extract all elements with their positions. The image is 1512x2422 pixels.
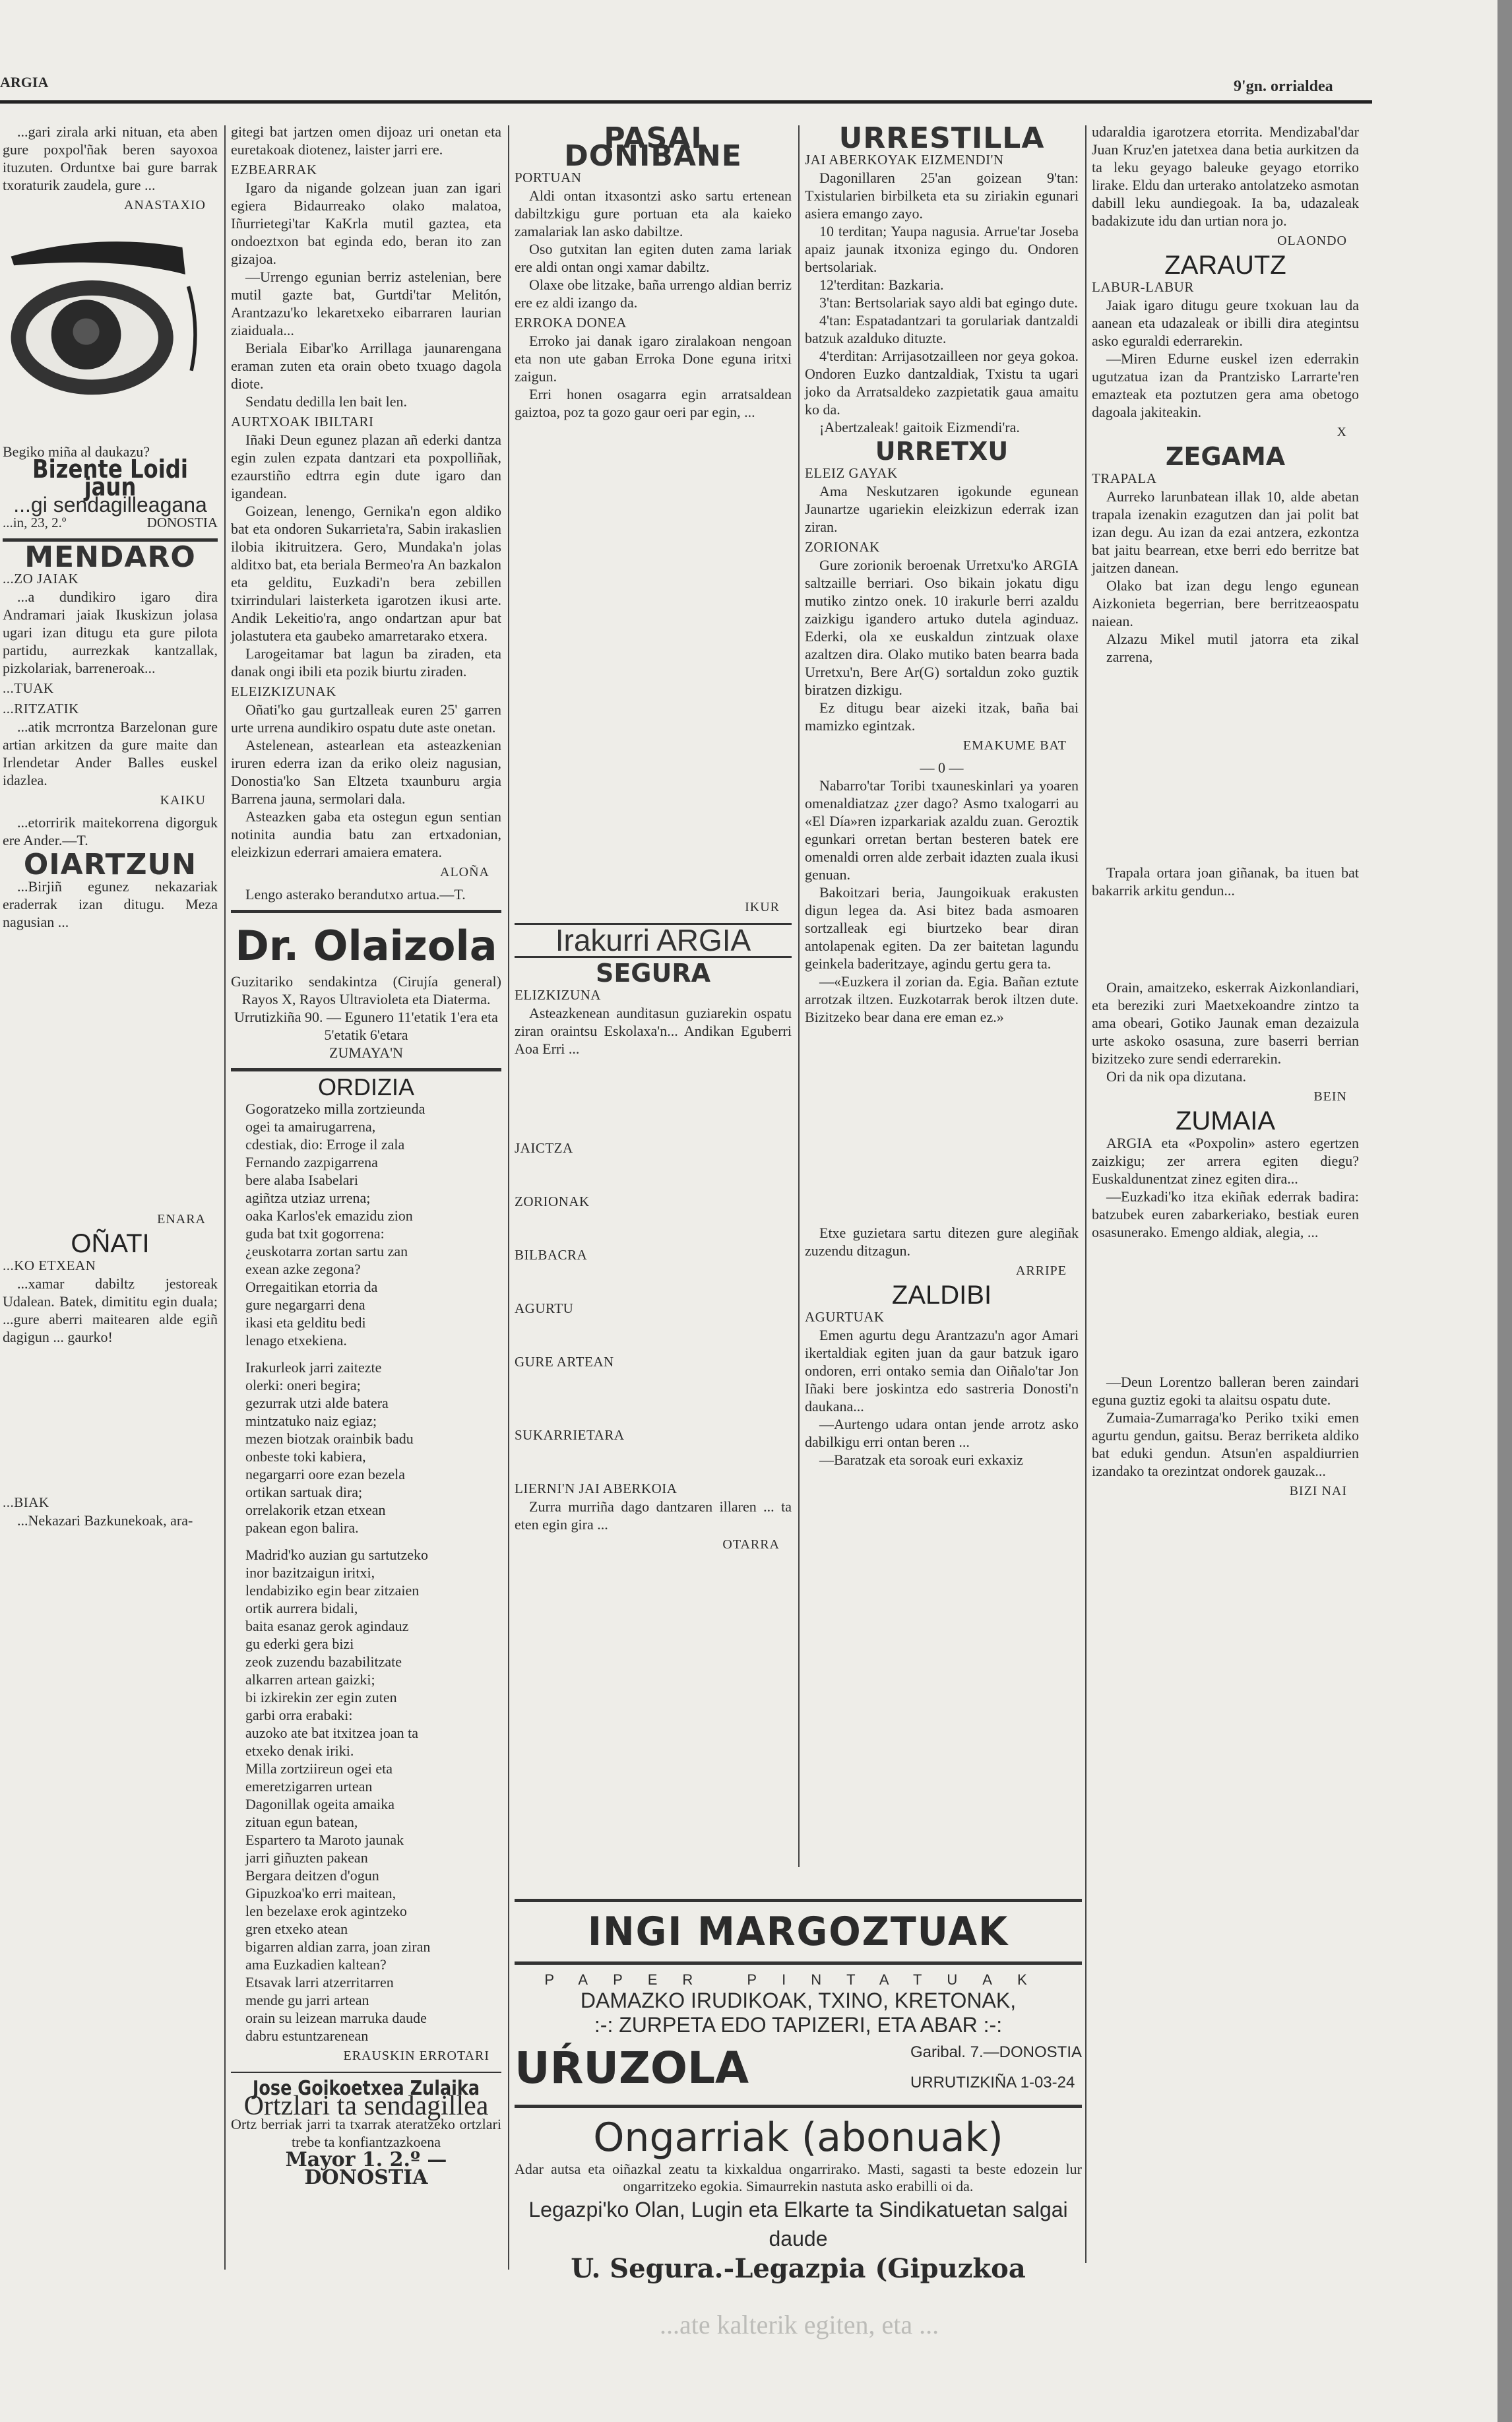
heading-zarautz: ZARAUTZ	[1092, 257, 1359, 274]
bleed-through-text: ...ate kalterik egiten, eta ...	[660, 2309, 939, 2340]
article-text: Gure zorionik beroenak Urretxu'ko ARGIA …	[805, 556, 1079, 699]
column-divider	[1085, 125, 1087, 2263]
olaizola-ad: Dr. Olaizola Guzitariko sendakintza (Cir…	[231, 920, 501, 1062]
subheading: SUKARRIETARA	[515, 1426, 792, 1444]
fertilizer-ad-text: Adar autsa eta oiñazkal zeatu ta kixkald…	[515, 2161, 1082, 2195]
poem-line: emeretzigarren urtean	[231, 1777, 501, 1795]
article-text: Ama Neskutzaren igokunde egunean Jaunart…	[805, 482, 1079, 536]
article-text: Ori da nik opa dizutana.	[1092, 1068, 1359, 1085]
poem-line: negargarri oore ezan bezela	[231, 1465, 501, 1483]
fertilizer-ad-line: Legazpi'ko Olan, Lugin eta Elkarte ta Si…	[515, 2195, 1082, 2253]
poem-line: gren etxeko atean	[231, 1920, 501, 1938]
article-text: 4'terditan: Arrijasotzailleen nor geya g…	[805, 347, 1079, 418]
poem-line: Fernando zazpigarrena	[231, 1153, 501, 1171]
poem-line: gezurrak utzi alde batera	[231, 1394, 501, 1412]
poem-line: gu ederki gera bizi	[231, 1635, 501, 1653]
article-text-filler	[515, 1318, 792, 1351]
dentist-text: Ortz berriak jarri ta txarrak ateratzeko…	[231, 2115, 501, 2151]
article-text-filler	[515, 1058, 792, 1137]
article-text: Etxe guzietara sartu ditezen gure alegiñ…	[805, 1224, 1079, 1259]
wallpaper-ad-address: Garibal. 7.—DONOSTIA	[910, 2037, 1082, 2068]
article-text: Jaiak igaro ditugu geure txokuan lau da …	[1092, 296, 1359, 350]
article-text-filler	[515, 1264, 792, 1297]
poem-line: alkarren artean gaizki;	[231, 1671, 501, 1688]
divider	[231, 910, 501, 913]
article-text: udaraldia igarotzera etorrita. Mendizaba…	[1092, 123, 1359, 230]
poem-line: mezen biotzak orainbik badu	[231, 1430, 501, 1448]
article-text: Igaro da nigande golzean juan zan igari …	[231, 179, 501, 268]
poem-line: baita esanaz gerok agindauz	[231, 1617, 501, 1635]
subheading: ZORIONAK	[515, 1193, 792, 1211]
poem-line: Espartero ta Maroto jaunak	[231, 1831, 501, 1849]
fertilizer-ad: Ongarriak (abonuak) Adar autsa eta oiñaz…	[515, 2115, 1082, 2284]
poem-line: ikasi eta gelditu bedi	[231, 1314, 501, 1331]
poem-line: zituan egun batean,	[231, 1813, 501, 1831]
article-text: —Miren Edurne euskel izen ederrakin ugut…	[1092, 350, 1359, 421]
poem-line: zeok zuzendu bazabilitzate	[231, 1653, 501, 1671]
article-text-filler	[515, 1444, 792, 1477]
poem-line: pakean egon balira.	[231, 1519, 501, 1537]
poem-line: olerki: oneri begira;	[231, 1376, 501, 1394]
subheading: ELIZKIZUNA	[515, 986, 792, 1004]
poem-line: bigarren aldian zarra, joan ziran	[231, 1938, 501, 1956]
eye-ad-name: Bizente Loidi jaun	[18, 461, 201, 496]
poem-line: Dagonillak ogeita amaika	[231, 1795, 501, 1813]
fertilizer-ad-footer: U. Segura.-Legazpia (Gipuzkoa	[515, 2253, 1082, 2284]
heading-zegama: ZEGAMA	[1092, 448, 1359, 466]
article-text: Aurreko larunbatean illak 10, alde abeta…	[1092, 488, 1359, 577]
article-text: Alzazu Mikel mutil jatorra eta zikal zar…	[1092, 630, 1359, 666]
article-text: —«Euzkera il zorian da. Egia. Bañan eztu…	[805, 972, 1079, 1026]
heading-urretxu: URRETXU	[805, 443, 1079, 461]
article-text: gitegi bat jartzen omen dijoaz uri oneta…	[231, 123, 501, 158]
article-text: ...xamar dabiltz jestoreak Udalean. Bate…	[3, 1275, 218, 1346]
signature: ENARA	[3, 1211, 206, 1228]
subheading: AURTXOAK IBILTARI	[231, 413, 501, 431]
signature: X	[1092, 424, 1347, 441]
signature: KAIKU	[3, 792, 206, 810]
poem-line: gure negargarri dena	[231, 1296, 501, 1314]
subheading: ELEIZ GAYAK	[805, 464, 1079, 482]
poem-line: mintzatuko naiz egiaz;	[231, 1412, 501, 1430]
poem-line: exean azke zegona?	[231, 1260, 501, 1278]
eye-illustration-icon	[8, 220, 212, 437]
article-text: Aldi ontan itxasontzi asko sartu ertenea…	[515, 187, 792, 240]
article-text: Lengo asterako berandutxo artua.—T.	[231, 885, 501, 903]
signature: IKUR	[515, 899, 780, 916]
article-text: ARGIA eta «Poxpolin» astero egertzen zai…	[1092, 1134, 1359, 1188]
column-divider	[798, 125, 800, 1867]
article-text-filler	[1092, 666, 1359, 864]
subheading: LIERNI'N JAI ABERKOIA	[515, 1480, 792, 1498]
column-4: URRESTILLA JAI ABERKOYAK EIZMENDI'N Dago…	[805, 123, 1079, 1469]
poem-line: jarri giñuzten pakean	[231, 1849, 501, 1866]
article-text: ...gari zirala arki nituan, eta aben gur…	[3, 123, 218, 194]
article-text: Goizean, lenengo, Gernika'n egon aldiko …	[231, 502, 501, 645]
poem-line: guda bat txit gogorrena:	[231, 1225, 501, 1242]
newspaper-page: ARGIA 9'gn. orrialdea ...gari zirala ark…	[0, 0, 1512, 2422]
article-text-filler	[1092, 1241, 1359, 1373]
article-text: ¡Abertzaleak! gaitoik Eizmendi'ra.	[805, 418, 1079, 436]
wallpaper-ad-title: INGI MARGOZTUAK	[529, 1909, 1068, 1955]
poem-line: dabru estuntzarenean	[231, 2027, 501, 2045]
poem-line: Irakurleok jarri zaitezte	[231, 1358, 501, 1376]
article-text: —Euzkadi'ko itza ekiñak ederrak badira: …	[1092, 1188, 1359, 1241]
column-divider	[224, 125, 226, 2270]
signature: EMAKUME BAT	[805, 737, 1067, 755]
article-text: Nabarro'tar Toribi txauneskinlari ya yoa…	[805, 777, 1079, 883]
poem-line: len bezelaxe erok agintzeko	[231, 1902, 501, 1920]
article-text-filler	[805, 1026, 1079, 1224]
poem-line: onbeste toki kabiera,	[231, 1448, 501, 1465]
poem-line: Milla zortziireun ogei eta	[231, 1760, 501, 1777]
eye-ad-city: DONOSTIA	[147, 514, 218, 532]
poem-line: ortik aurrera bidali,	[231, 1599, 501, 1617]
subheading: LABUR-LABUR	[1092, 278, 1359, 296]
column-2: gitegi bat jartzen omen dijoaz uri oneta…	[231, 123, 501, 2186]
divider	[231, 2072, 501, 2073]
article-text-filler	[515, 1211, 792, 1244]
poem-line: agiñtza utziaz urrena;	[231, 1189, 501, 1207]
subheading: ELEIZKIZUNAK	[231, 683, 501, 701]
article-text: ...Nekazari Bazkunekoak, ara-	[3, 1512, 218, 1529]
poem-line: Etsavak larri atzerritarren	[231, 1973, 501, 1991]
heading-zaldibi: ZALDIBI	[805, 1287, 1079, 1304]
wallpaper-ad: INGI MARGOZTUAK PAPER PINTATUAK DAMAZKO …	[515, 1892, 1082, 2284]
poem-line: Gipuzkoa'ko erri maitean,	[231, 1884, 501, 1902]
article-text: Astelenean, astearlean eta asteazkenian …	[231, 736, 501, 808]
column-3: PASAI DONIBANE PORTUAN Aldi ontan itxaso…	[515, 123, 792, 1558]
article-text: Asteazken gaba eta ostegun egun sentian …	[231, 808, 501, 861]
article-text: Oso gutxitan lan egiten duten zama laria…	[515, 240, 792, 276]
column-1: ...gari zirala arki nituan, eta aben gur…	[3, 123, 218, 1529]
olaizola-title: Dr. Olaizola	[231, 920, 501, 972]
wallpaper-ad-line1: DAMAZKO IRUDIKOAK, TXINO, KRETONAK,	[515, 1989, 1082, 2013]
poem-line: bere alaba Isabelari	[231, 1171, 501, 1189]
article-text: Zurra murriña dago dantzaren illaren ...…	[515, 1498, 792, 1533]
heading-mendaro: MENDARO	[3, 548, 218, 566]
subheading: BILBACRA	[515, 1246, 792, 1264]
signature: ARRIPE	[805, 1262, 1067, 1280]
page-number: 9'gn. orrialdea	[1234, 78, 1333, 96]
divider	[515, 2105, 1082, 2108]
signature: BIZI NAI	[1092, 1482, 1347, 1500]
article-text: Olako bat izan degu lengo egunean Aizkon…	[1092, 577, 1359, 630]
poem-line: ortikan sartuak dira;	[231, 1483, 501, 1501]
article-text: —Deun Lorentzo balleran beren zaindari e…	[1092, 1373, 1359, 1409]
poem-line: lenago etxekiena.	[231, 1331, 501, 1349]
poem-line: cdestiak, dio: Erroge il zala	[231, 1135, 501, 1153]
dentist-name: Jose Goikoetxea Zulaika	[251, 2080, 482, 2097]
subheading: JAICTZA	[515, 1139, 792, 1157]
wallpaper-ad-subtitle: PAPER PINTATUAK	[515, 1971, 1082, 1989]
poem-line: orain su leizean marruka daude	[231, 2009, 501, 2027]
signature: ANASTAXIO	[3, 197, 206, 214]
article-text: ...atik mcrrontza Barzelonan gure artian…	[3, 718, 218, 789]
poem-line: ¿euskotarra zortan sartu zan	[231, 1242, 501, 1260]
heading-oiartzun: OIARTZUN	[3, 856, 218, 874]
argia-ad: Irakurri ARGIA	[515, 932, 792, 949]
article-text: ...etorririk maitekorrena digorguk ere A…	[3, 813, 218, 849]
divider	[515, 1899, 1082, 1902]
article-text: Asteazkenean aunditasun guziarekin ospat…	[515, 1004, 792, 1058]
article-text: Zumaia-Zumarraga'ko Periko txiki emen ag…	[1092, 1409, 1359, 1480]
dentist-address: Mayor 1. 2.º — DONOSTIA	[231, 2151, 501, 2186]
page-edge	[1497, 0, 1512, 2422]
fertilizer-ad-title: Ongarriak (abonuak)	[515, 2115, 1082, 2161]
article-text: Larogeitamar bat lagun ba ziraden, eta d…	[231, 645, 501, 680]
article-text-filler	[515, 1157, 792, 1190]
article-text: Erroko jai danak igaro ziralakoan nengoa…	[515, 332, 792, 385]
article-text: Ez ditugu bear aizeki itzak, baña bai ma…	[805, 699, 1079, 734]
subheading: ...RITZATIK	[3, 700, 218, 718]
olaizola-hours: Urrutizkiña 90. — Egunero 11'etatik 1'er…	[231, 1008, 501, 1044]
article-text: —Aurtengo udara ontan jende arrotz asko …	[805, 1415, 1079, 1451]
ordizia-poem: Gogoratzeko milla zortzieundaogei ta ama…	[231, 1100, 501, 2045]
poem-line: ama Euzkadien kaltean?	[231, 1956, 501, 1973]
article-text: 12'terditan: Bazkaria.	[805, 276, 1079, 294]
poem-line: oaka Karlos'ek emazidu zion	[231, 1207, 501, 1225]
signature: BEIN	[1092, 1088, 1347, 1106]
article-text: Dagonillaren 25'an goizean 9'tan: Txistu…	[805, 169, 1079, 222]
subheading: AGURTUAK	[805, 1308, 1079, 1326]
subheading: ...TUAK	[3, 680, 218, 697]
dentist-ad: Jose Goikoetxea Zulaika Ortzlari ta send…	[231, 2080, 501, 2186]
heading-segura: SEGURA	[515, 965, 792, 982]
divider	[231, 1068, 501, 1071]
article-text: Beriala Eibar'ko Arrillaga jaunarengana …	[231, 339, 501, 393]
signature: OLAONDO	[1092, 232, 1347, 250]
poem-line: etxeko denak iriki.	[231, 1742, 501, 1760]
dentist-title: Ortzlari ta sendagillea	[231, 2097, 501, 2115]
poem-line: Bergara deitzen d'ogun	[231, 1866, 501, 1884]
subheading: ...BIAK	[3, 1494, 218, 1512]
article-text: Oñati'ko gau gurtzalleak euren 25' garre…	[231, 701, 501, 736]
column-divider	[508, 125, 509, 2270]
subheading: ...KO ETXEAN	[3, 1257, 218, 1275]
article-text-filler	[515, 421, 792, 896]
article-text: Iñaki Deun egunez plazan añ ederki dantz…	[231, 431, 501, 502]
heading-urrestilla: URRESTILLA	[805, 129, 1079, 147]
poem-line: orrelakorik etzan etxean	[231, 1501, 501, 1519]
article-text: Olaxe obe litzake, baña urrengo aldian b…	[515, 276, 792, 311]
poem-line: Madrid'ko auzian gu sartutzeko	[231, 1546, 501, 1564]
article-text: —Baratzak eta soroak euri exkaxiz	[805, 1451, 1079, 1469]
poem-line: garbi orra erabaki:	[231, 1706, 501, 1724]
subheading: GURE ARTEAN	[515, 1353, 792, 1371]
subheading: AGURTU	[515, 1300, 792, 1318]
column-5: udaraldia igarotzera etorrita. Mendizaba…	[1092, 123, 1359, 1504]
heading-onati: OÑATI	[3, 1235, 218, 1253]
subheading: TRAPALA	[1092, 470, 1359, 488]
subheading: EZBEARRAK	[231, 161, 501, 179]
poem-line: lendabiziko egin bear zitzaien	[231, 1581, 501, 1599]
heading-ordizia: ORDIZIA	[231, 1078, 501, 1096]
article-text: Erri honen osagarra egin arratsaldean ga…	[515, 385, 792, 421]
signature: ALOÑA	[231, 864, 489, 881]
article-text-filler	[515, 1371, 792, 1424]
divider	[515, 1961, 1082, 1965]
article-text: 3'tan: Bertsolariak sayo aldi bat egingo…	[805, 294, 1079, 311]
wallpaper-ad-brand: UŔUZOLA	[515, 2043, 749, 2093]
article-text: Trapala ortara joan giñanak, ba ituen ba…	[1092, 864, 1359, 899]
heading-zumaia: ZUMAIA	[1092, 1112, 1359, 1130]
article-text-filler	[1092, 899, 1359, 978]
subheading: ZORIONAK	[805, 538, 1079, 556]
eye-ad-address: ...in, 23, 2.º	[3, 514, 66, 532]
article-text: Orain, amaitzeko, eskerrak Aizkonlandiar…	[1092, 978, 1359, 1068]
article-text: Sendatu dedilla len bait len.	[231, 393, 501, 410]
article-text: ...Birjiñ egunez nekazariak eraderrak iz…	[3, 877, 218, 931]
article-text-filler	[3, 931, 218, 1208]
signature: ERAUSKIN ERROTARI	[231, 2047, 489, 2065]
article-text-filler	[3, 1346, 218, 1491]
poem-line: Gogoratzeko milla zortzieunda	[231, 1100, 501, 1118]
article-text: —Urrengo egunian berriz astelenian, bere…	[231, 268, 501, 339]
poem-line: ogei ta amairugarrena,	[231, 1118, 501, 1135]
heading-pasai-donibane: PASAI DONIBANE	[515, 129, 792, 165]
subheading: ERROKA DONEA	[515, 314, 792, 332]
article-text: 4'tan: Espatadantzari ta gorulariak dant…	[805, 311, 1079, 347]
article-text: Emen agurtu degu Arantzazu'n agor Amari …	[805, 1326, 1079, 1415]
poem-line	[231, 1349, 501, 1358]
olaizola-place: ZUMAYA'N	[231, 1044, 501, 1062]
poem-line: Orregaitikan etorria da	[231, 1278, 501, 1296]
header-rule	[0, 100, 1372, 104]
wallpaper-ad-phone: URRUTIZKIÑA 1-03-24	[910, 2068, 1082, 2098]
signature: OTARRA	[515, 1536, 780, 1554]
poem-line: bi izkirekin zer egin zuten	[231, 1688, 501, 1706]
poem-line: mende gu jarri artean	[231, 1991, 501, 2009]
wallpaper-ad-line2: :-: ZURPETA EDO TAPIZERI, ETA ABAR :-:	[515, 2013, 1082, 2037]
divider-mark: — 0 —	[805, 759, 1079, 777]
masthead-left: ARGIA	[0, 74, 48, 91]
olaizola-text: Guzitariko sendakintza (Cirujía general)…	[231, 972, 501, 1008]
poem-line	[231, 1537, 501, 1546]
poem-line: auzoko ate bat itxitzea joan ta	[231, 1724, 501, 1742]
article-text: 10 terditan; Yaupa nagusia. Arrue'tar Jo…	[805, 222, 1079, 276]
article-text: Bakoitzari beria, Jaungoikuak erakusten …	[805, 883, 1079, 972]
article-text: ...a dundikiro igaro dira Andramari jaia…	[3, 588, 218, 677]
poem-line: inor bazitzaigun iritxi,	[231, 1564, 501, 1581]
